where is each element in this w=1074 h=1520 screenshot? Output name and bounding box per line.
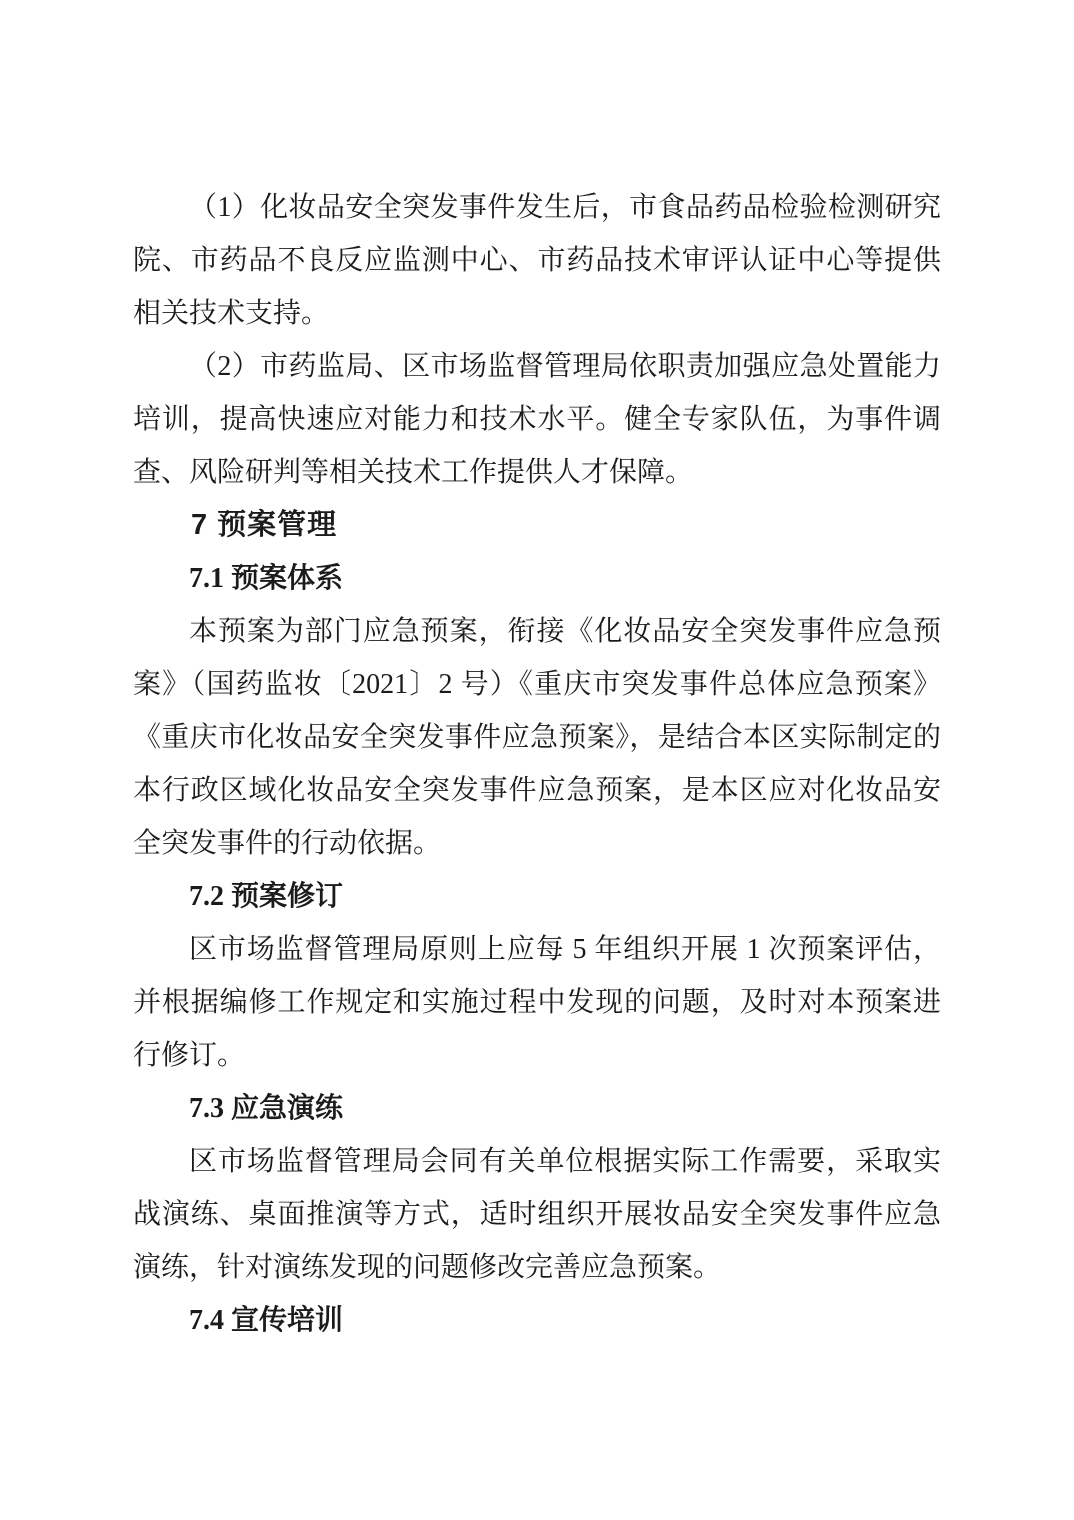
paragraph-plan-revision-body: 区市场监督管理局原则上应每 5 年组织开展 1 次预案评估，并根据编修工作规定和… (133, 923, 941, 1082)
heading-7-3-emergency-drill: 7.3 应急演练 (133, 1082, 941, 1135)
paragraph-technical-support-item-1: （1）化妆品安全突发事件发生后，市食品药品检验检测研究院、市药品不良反应监测中心… (133, 181, 941, 340)
heading-7-4-publicity-training: 7.4 宣传培训 (133, 1294, 941, 1347)
paragraph-technical-support-item-2: （2）市药监局、区市场监督管理局依职责加强应急处置能力培训，提高快速应对能力和技… (133, 340, 941, 499)
heading-7-1-plan-system: 7.1 预案体系 (133, 552, 941, 605)
document-page: （1）化妆品安全突发事件发生后，市食品药品检验检测研究院、市药品不良反应监测中心… (0, 0, 1074, 1520)
document-text-block: （1）化妆品安全突发事件发生后，市食品药品检验检测研究院、市药品不良反应监测中心… (133, 181, 941, 1347)
heading-7-2-plan-revision: 7.2 预案修订 (133, 870, 941, 923)
paragraph-emergency-drill-body: 区市场监督管理局会同有关单位根据实际工作需要，采取实战演练、桌面推演等方式，适时… (133, 1135, 941, 1294)
heading-section-7-plan-management: 7 预案管理 (133, 499, 941, 552)
paragraph-plan-system-body: 本预案为部门应急预案，衔接《化妆品安全突发事件应急预案》（国药监妆〔2021〕2… (133, 605, 941, 870)
